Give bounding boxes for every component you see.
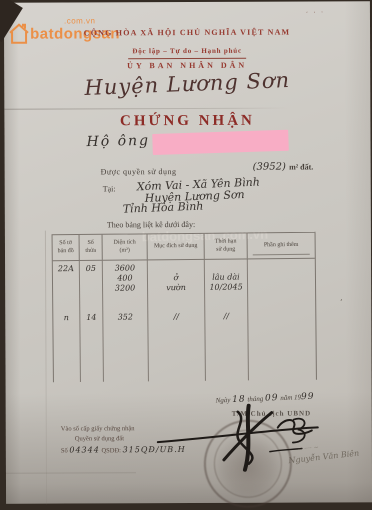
paper-crease-bottom [6,472,136,474]
register-mid-label: QSDĐ: [101,447,121,454]
col-header-map-sheet: Số tờ bản đồ [53,235,80,260]
area-line: (3952) m² đất. [253,161,314,172]
row2-map-sheet: n [53,313,79,323]
paper-crease-horizontal [4,108,289,110]
row1-plot-no: 05 [80,264,102,274]
at-label: Tại: [103,184,116,193]
row1-area-1: 3600 [103,263,147,273]
issuer-handwritten: Huyện Lương Sơn [4,65,371,103]
register-block: Vào sổ cấp giấy chứng nhận Quyền sử dụng… [61,424,186,457]
cell-term: lâu dài 10/2045 // [205,259,249,380]
row1-term-1: lâu dài [205,272,247,282]
certificate-paper: .com.vn batdongsan batdongsan .com.vn ʻ … [4,1,372,504]
cell-plot-no: 05 14 [80,261,104,382]
table-intro: Theo bảng liệt kê dưới đây: [107,220,195,229]
col-header-purpose: Mục đích sử dụng [148,234,205,260]
watermark-suffix: .com.vn [64,16,96,25]
area-unit-printed: m² đất. [289,162,313,171]
row1-purpose-1: ở [148,273,204,284]
row1-area-3: 3200 [103,283,147,293]
grant-label: Được quyền sử dụng [101,167,177,176]
row2-plot-no: 14 [80,313,102,323]
col-header-area: Diện tích (m²) [103,234,148,259]
area-value-handwritten: (3952) [253,162,286,173]
row1-area-2: 400 [103,273,147,283]
cell-notes [248,259,316,381]
photo-artifact-dot: ʼ [338,297,344,306]
table-body: 22A n 05 14 3600 400 3200 352 ở vườn // … [53,259,316,383]
notes-underline [253,254,309,256]
photo-of-land-certificate: { "colors": { "watermark_orange": "#ef88… [0,0,372,510]
table-header-row: Số tờ bản đồ Số thửa Diện tích (m²) Mục … [53,233,315,262]
register-line3: Số 04344 QSDĐ: 315QĐ/UB.H [61,444,186,457]
national-motto-line2-wrap: Độc lập – Tự do – Hạnh phúc [4,39,370,60]
row2-area: 352 [103,312,147,322]
cell-purpose: ở vườn // [148,260,206,382]
row1-purpose-2: vườn [148,283,204,294]
address-line3: Tỉnh Hòa Bình [123,200,204,216]
register-line1: Vào sổ cấp giấy chứng nhận [61,424,186,435]
register-no-value: 04344 [69,446,99,455]
photo-artifact-marks: ʻ ʻ ʼ [306,11,325,17]
row1-map-sheet: 22A [53,264,79,274]
col-header-plot-no: Số thửa [80,235,103,260]
col-header-notes-label: Phần ghi thêm [264,242,299,250]
col-header-term: Thời hạn sử dụng [205,233,248,258]
cell-area: 3600 400 3200 352 [103,260,149,381]
row2-purpose: // [148,312,204,323]
national-motto-line1: CỘNG HÒA XÃ HỘI CHỦ NGHĨA VIỆT NAM [4,27,370,38]
register-line2: Quyền sử dụng đất [61,434,186,445]
row2-term: // [205,311,247,321]
register-no-label: Số [61,448,68,455]
redaction-box [152,130,289,155]
land-parcel-table: Số tờ bản đồ Số thửa Diện tích (m²) Mục … [52,232,317,383]
national-motto-line2: Độc lập – Tự do – Hạnh phúc [128,47,246,60]
paper-crease-vertical [45,231,47,505]
certificate-title: CHỨNG NHẬN [4,112,370,131]
row1-term-2: 10/2045 [205,282,247,292]
cell-map-sheet: 22A n [53,261,81,382]
register-code-value: 315QĐ/UB.H [123,445,186,454]
col-header-notes: Phần ghi thêm [248,233,315,259]
